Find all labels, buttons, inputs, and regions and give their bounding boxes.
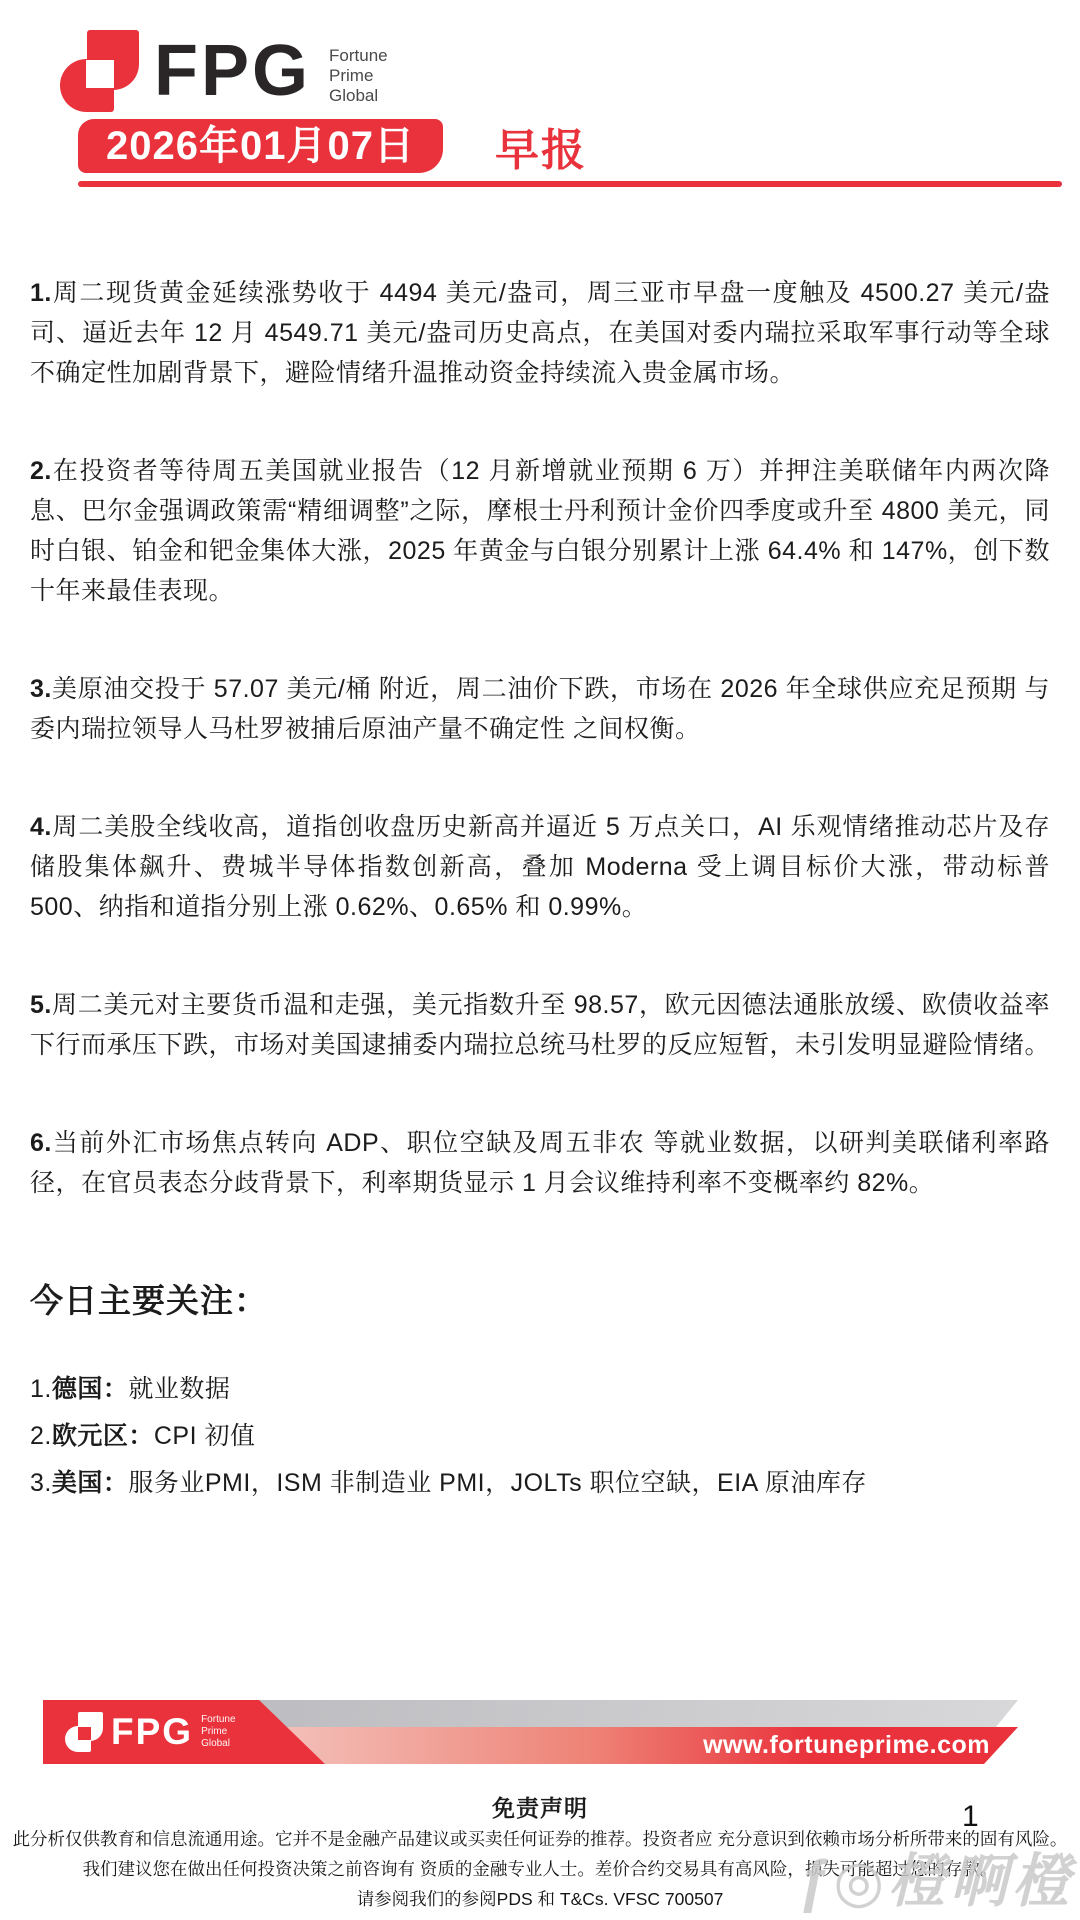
focus-item-number: 2. bbox=[30, 1422, 52, 1450]
tagline-line: Prime bbox=[201, 1726, 235, 1738]
page-number: 1 bbox=[962, 1800, 979, 1834]
tagline-line: Prime bbox=[329, 66, 388, 86]
date-banner: 2026年01月07日 bbox=[78, 119, 443, 173]
paragraph-text: 周二现货黄金延续涨势收于 4494 美元/盎司，周三亚市早盘一度触及 4500.… bbox=[30, 279, 1050, 387]
focus-section-title: 今日主要关注： bbox=[30, 1275, 1050, 1322]
news-paragraph: 1.周二现货黄金延续涨势收于 4494 美元/盎司，周三亚市早盘一度触及 450… bbox=[30, 273, 1050, 393]
paragraph-text: 当前外汇市场焦点转向 ADP、职位空缺及周五非农 等就业数据，以研判美联储利率路… bbox=[30, 1129, 1050, 1197]
news-paragraph: 6.当前外汇市场焦点转向 ADP、职位空缺及周五非农 等就业数据，以研判美联储利… bbox=[30, 1123, 1050, 1203]
focus-item: 3.美国：服务业PMI，ISM 非制造业 PMI，JOLTs 职位空缺，EIA … bbox=[30, 1460, 1050, 1507]
focus-item: 1.德国：就业数据 bbox=[30, 1366, 1050, 1413]
focus-item-text: 就业数据 bbox=[128, 1375, 230, 1403]
footer-banner: FPG Fortune Prime Global www.fortuneprim… bbox=[43, 1700, 1018, 1764]
focus-item-region: 德国： bbox=[52, 1375, 129, 1403]
disclaimer-title: 免责声明 bbox=[0, 1790, 1080, 1823]
fpg-logo-mark-icon bbox=[60, 30, 140, 112]
watermark: ƒ◎橙啊橙 bbox=[797, 1834, 1074, 1918]
tagline-line: Global bbox=[329, 86, 388, 106]
tagline-line: Fortune bbox=[329, 46, 388, 66]
header-divider bbox=[78, 181, 1062, 187]
footer-fpg-tagline: Fortune Prime Global bbox=[201, 1714, 235, 1750]
focus-item-text: CPI 初值 bbox=[154, 1422, 256, 1450]
focus-item: 2.欧元区：CPI 初值 bbox=[30, 1413, 1050, 1460]
focus-item-number: 3. bbox=[30, 1469, 52, 1497]
news-paragraph: 3.美原油交投于 57.07 美元/桶 附近，周二油价下跌，市场在 2026 年… bbox=[30, 669, 1050, 749]
news-paragraph: 5.周二美元对主要货币温和走强，美元指数升至 98.57，欧元因德法通胀放缓、欧… bbox=[30, 985, 1050, 1065]
fpg-logo: FPG Fortune Prime Global bbox=[60, 30, 1080, 112]
website-url: www.fortuneprime.com bbox=[703, 1731, 990, 1760]
header: FPG Fortune Prime Global 2026年01月07日 早报 bbox=[0, 0, 1080, 187]
focus-list: 1.德国：就业数据 2.欧元区：CPI 初值 3.美国：服务业PMI，ISM 非… bbox=[30, 1366, 1050, 1507]
news-paragraph: 4.周二美股全线收高，道指创收盘历史新高并逼近 5 万点关口，AI 乐观情绪推动… bbox=[30, 807, 1050, 927]
fpg-wordmark: FPG bbox=[154, 30, 311, 112]
news-paragraph: 2.在投资者等待周五美国就业报告（12 月新增就业预期 6 万）并押注美联储年内… bbox=[30, 451, 1050, 611]
tagline-line: Fortune bbox=[201, 1714, 235, 1726]
date-banner-row: 2026年01月07日 早报 bbox=[78, 114, 1080, 178]
footer-fpg-wordmark: FPG bbox=[111, 1712, 193, 1752]
paragraph-number: 4. bbox=[30, 813, 52, 841]
paragraph-number: 5. bbox=[30, 991, 52, 1019]
fpg-logo-mark-icon bbox=[65, 1712, 103, 1752]
paragraph-text: 周二美元对主要货币温和走强，美元指数升至 98.57，欧元因德法通胀放缓、欧债收… bbox=[30, 991, 1050, 1059]
morning-report-page: FPG Fortune Prime Global 2026年01月07日 早报 … bbox=[0, 0, 1080, 1920]
focus-item-text: 服务业PMI，ISM 非制造业 PMI，JOLTs 职位空缺，EIA 原油库存 bbox=[128, 1469, 867, 1497]
paragraph-text: 在投资者等待周五美国就业报告（12 月新增就业预期 6 万）并押注美联储年内两次… bbox=[30, 457, 1050, 605]
report-body: 1.周二现货黄金延续涨势收于 4494 美元/盎司，周三亚市早盘一度触及 450… bbox=[0, 273, 1080, 1507]
paragraph-number: 3. bbox=[30, 675, 52, 703]
paragraph-number: 1. bbox=[30, 279, 52, 307]
paragraph-number: 2. bbox=[30, 457, 52, 485]
focus-item-number: 1. bbox=[30, 1375, 52, 1403]
paragraph-text: 周二美股全线收高，道指创收盘历史新高并逼近 5 万点关口，AI 乐观情绪推动芯片… bbox=[30, 813, 1050, 921]
tagline-line: Global bbox=[201, 1738, 235, 1750]
report-type-label: 早报 bbox=[495, 114, 587, 178]
focus-item-region: 欧元区： bbox=[52, 1422, 154, 1450]
focus-item-region: 美国： bbox=[52, 1469, 129, 1497]
fpg-tagline: Fortune Prime Global bbox=[329, 46, 388, 106]
paragraph-text: 美原油交投于 57.07 美元/桶 附近，周二油价下跌，市场在 2026 年全球… bbox=[30, 675, 1050, 743]
footer-banner-gray-band bbox=[257, 1700, 1018, 1727]
paragraph-number: 6. bbox=[30, 1129, 52, 1157]
